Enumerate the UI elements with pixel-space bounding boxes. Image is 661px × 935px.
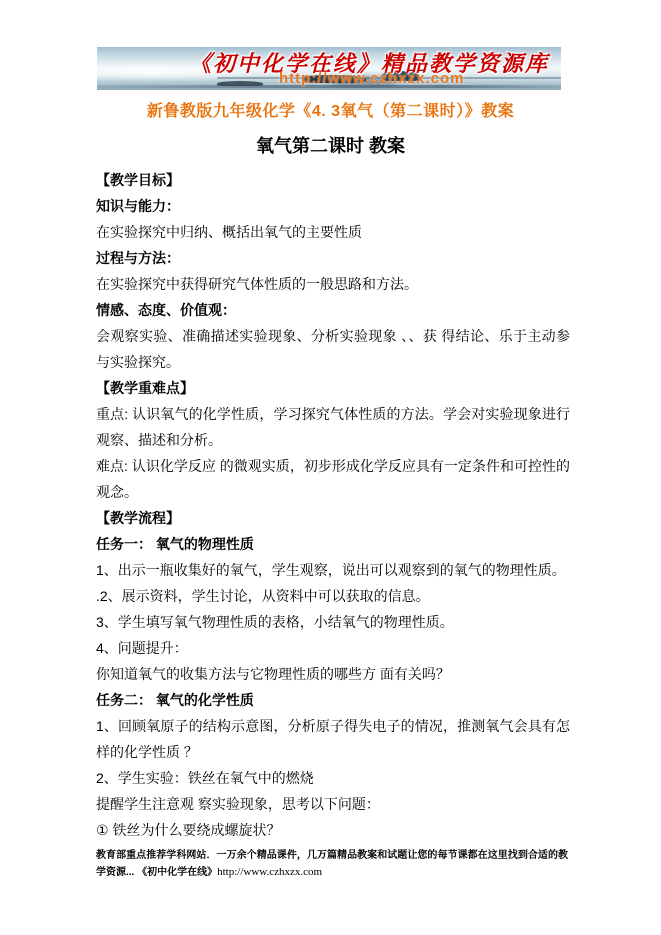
para-task1-step4: 4、问题提升： (96, 635, 570, 661)
section-header-teaching-process: 【教学流程】 (96, 505, 570, 531)
page-footer: 教育部重点推荐学科网站．一万余个精品课件，几万篇精品教案和试题让您的每节课都在这… (96, 848, 568, 881)
subject-heading: 新鲁教版九年级化学《4. 3氧气（第二课时）》教案 (0, 98, 661, 121)
para-process-method: 在实验探究中获得研究气体性质的一般思路和方法。 (96, 271, 570, 297)
subheader-knowledge-ability: 知识与能力： (96, 193, 570, 219)
para-knowledge-ability: 在实验探究中归纳、概括出氧气的主要性质 (96, 219, 570, 245)
page-title: 氧气第二课时 教案 (0, 132, 661, 158)
para-task1-question: 你知道氧气的收集方法与它物理性质的哪些方 面有关吗？ (96, 661, 570, 687)
para-task2-step2: 2、学生实验：铁丝在氧气中的燃烧 (96, 765, 570, 791)
para-task2-step1: 1、回顾氧原子的结构示意图，分析原子得失电子的情况，推测氧气会具有怎样的化学性质… (96, 713, 570, 765)
para-task1-step1: 1、出示一瓶收集好的氧气，学生观察，说出可以观察到的氧气的物理性质。 (96, 557, 570, 583)
para-task1-step3: 3、学生填写氧气物理性质的表格，小结氧气的物理性质。 (96, 609, 570, 635)
subheader-task2-chemical-properties: 任务二： 氧气的化学性质 (96, 687, 570, 713)
banner-site-url: http://www.czhxzx.com (279, 70, 464, 87)
footer-promo-text: 教育部重点推荐学科网站．一万余个精品课件，几万篇精品教案和试题让您的每节课都在这… (96, 850, 568, 878)
footer-site-url: http://www.czhxzx.com (217, 866, 322, 878)
boat-silhouette-icon (217, 81, 263, 86)
para-task2-observe-note: 提醒学生注意观 察实验现象，思考以下问题： (96, 791, 570, 817)
document-body: 【教学目标】 知识与能力： 在实验探究中归纳、概括出氧气的主要性质 过程与方法：… (96, 167, 570, 843)
para-task2-question1: ① 铁丝为什么要绕成螺旋状？ (96, 817, 570, 843)
para-difficult-point: 难点: 认识化学反应 的微观实质，初步形成化学反应具有一定条件和可控性的观念。 (96, 453, 570, 505)
section-header-key-difficulties: 【教学重难点】 (96, 375, 570, 401)
para-emotion-attitude: 会观察实验、准确描述实验现象、分析实验现象 、、获 得结论、乐于主动参与实验探究… (96, 323, 570, 375)
document-page: 《初中化学在线》精品教学资源库 http://www.czhxzx.com 新鲁… (0, 0, 661, 935)
para-key-point: 重点: 认识氧气的化学性质，学习探究气体性质的方法。学会对实验现象进行观察、描述… (96, 401, 570, 453)
para-task1-step2: .2、展示资料，学生讨论，从资料中可以获取的信息。 (96, 583, 570, 609)
site-banner-image: 《初中化学在线》精品教学资源库 http://www.czhxzx.com (97, 47, 561, 90)
subheader-task1-physical-properties: 任务一： 氧气的物理性质 (96, 531, 570, 557)
subheader-emotion-attitude: 情感、态度、价值观： (96, 297, 570, 323)
subheader-process-method: 过程与方法： (96, 245, 570, 271)
section-header-teaching-goals: 【教学目标】 (96, 167, 570, 193)
